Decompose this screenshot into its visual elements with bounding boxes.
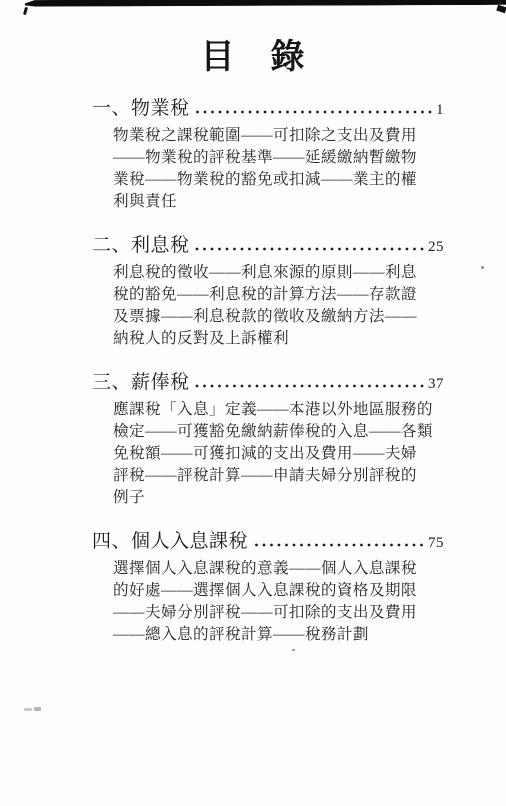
description-line: ——夫婦分別評稅——可扣除的支出及費用 xyxy=(113,602,444,624)
toc-entry-label: 一、物業稅 xyxy=(92,96,190,122)
toc-entry-description: 利息稅的徵收——利息來源的原則——利息 稅的豁免——利息稅的計算方法——存款證 … xyxy=(92,262,444,350)
description-line: 稅的豁免——利息稅的計算方法——存款證 xyxy=(113,284,444,306)
description-line: 應課稅「入息」定義——本港以外地區服務的 xyxy=(113,399,444,421)
description-line: 的好處——選擇個人入息課稅的資格及期限 xyxy=(113,580,444,602)
description-line: 例子 xyxy=(113,487,444,509)
toc-entry-label: 二、利息稅 xyxy=(92,233,190,259)
toc-entry-label: 四、個人入息課稅 xyxy=(92,529,248,555)
leader-dots xyxy=(195,110,435,114)
scan-artifact xyxy=(24,708,32,711)
description-line: 免稅額——可獲扣減的支出及費用——夫婦 xyxy=(113,443,444,465)
description-line: 利息稅的徵收——利息來源的原則——利息 xyxy=(113,262,444,284)
description-line: 評稅——評稅計算——申請夫婦分別評稅的 xyxy=(113,465,444,487)
leader-dots xyxy=(195,247,427,251)
leader-dots xyxy=(253,543,427,547)
toc-entry-description: 應課稅「入息」定義——本港以外地區服務的 檢定——可獲豁免繳納薪俸稅的入息——各… xyxy=(92,399,444,509)
toc-entry: 四、個人入息課稅 75 xyxy=(92,529,444,556)
description-line: 物業稅之課稅範圍——可扣除之支出及費用 xyxy=(113,125,444,147)
scan-artifact xyxy=(292,649,295,651)
description-line: 利與責任 xyxy=(113,191,444,213)
toc-entry-page-number: 1 xyxy=(436,97,444,123)
toc-entry: 一、物業稅 1 xyxy=(92,96,444,123)
description-line: ——物業稅的評稅基準——延緩繳納暫繳物 xyxy=(113,147,444,169)
toc-entry-page-number: 37 xyxy=(428,371,444,397)
toc-entry: 三、薪俸稅 37 xyxy=(92,370,444,397)
scan-artifact xyxy=(34,707,41,711)
toc-entry-description: 選擇個人入息課稅的意義——個人入息課稅 的好處——選擇個人入息課稅的資格及期限 … xyxy=(92,558,444,646)
description-line: 選擇個人入息課稅的意義——個人入息課稅 xyxy=(113,558,444,580)
toc-entry-label: 三、薪俸稅 xyxy=(92,370,190,396)
toc-section-interest-tax: 二、利息稅 25 利息稅的徵收——利息來源的原則——利息 稅的豁免——利息稅的計… xyxy=(92,233,444,350)
toc-entry-page-number: 75 xyxy=(428,530,444,556)
description-line: 及票據——利息稅款的徵收及繳納方法—— xyxy=(113,306,444,328)
page-title: 目 錄 xyxy=(0,0,506,75)
toc-entry-description: 物業稅之課稅範圍——可扣除之支出及費用 ——物業稅的評稅基準——延緩繳納暫繳物 … xyxy=(92,125,444,213)
book-page: 目 錄 一、物業稅 1 物業稅之課稅範圍——可扣除之支出及費用 ——物業稅的評稅… xyxy=(0,0,506,806)
table-of-contents: 一、物業稅 1 物業稅之課稅範圍——可扣除之支出及費用 ——物業稅的評稅基準——… xyxy=(0,96,506,646)
toc-entry: 二、利息稅 25 xyxy=(92,233,444,260)
toc-entry-page-number: 25 xyxy=(428,234,444,260)
description-line: 檢定——可獲豁免繳納薪俸稅的入息——各類 xyxy=(113,421,444,443)
scan-artifact xyxy=(481,266,484,269)
description-line: ——總入息的評稅計算——稅務計劃 xyxy=(113,624,444,646)
description-line: 業稅——物業稅的豁免或扣減——業主的權 xyxy=(113,169,444,191)
leader-dots xyxy=(195,384,427,388)
toc-section-salaries-tax: 三、薪俸稅 37 應課稅「入息」定義——本港以外地區服務的 檢定——可獲豁免繳納… xyxy=(92,370,444,509)
description-line: 納稅人的反對及上訴權利 xyxy=(113,328,444,350)
toc-section-personal-assessment: 四、個人入息課稅 75 選擇個人入息課稅的意義——個人入息課稅 的好處——選擇個… xyxy=(92,529,444,646)
toc-section-property-tax: 一、物業稅 1 物業稅之課稅範圍——可扣除之支出及費用 ——物業稅的評稅基準——… xyxy=(92,96,444,213)
